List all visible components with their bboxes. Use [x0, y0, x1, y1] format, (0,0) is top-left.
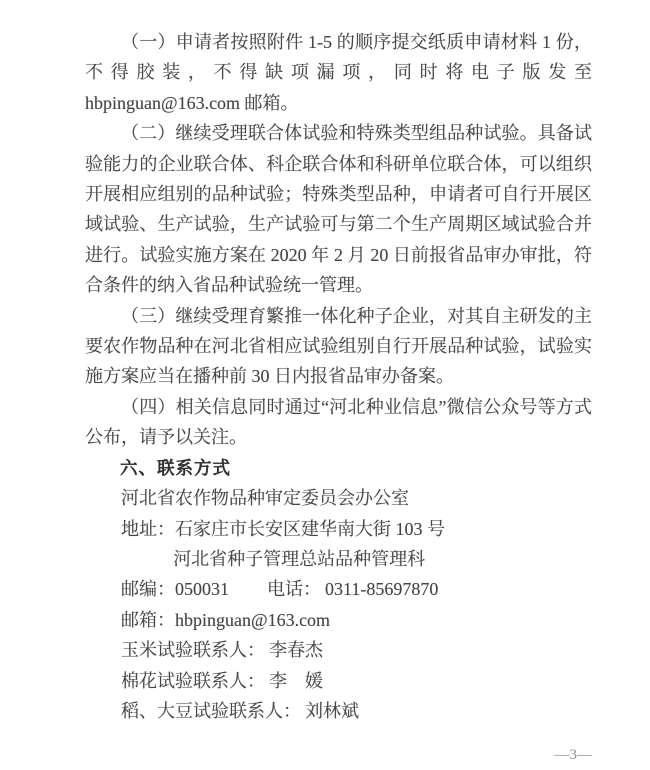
- contact-person-label: 稻、大豆试验联系人：: [121, 701, 301, 721]
- section-heading-contact: 六、联系方式: [85, 453, 592, 483]
- page-number: —3—: [555, 747, 593, 764]
- phone-value: 0311-85697870: [325, 579, 438, 599]
- postal-label: 邮编：: [121, 579, 175, 599]
- contact-address-line: 地址：石家庄市长安区建华南大街 103 号: [85, 514, 592, 544]
- contact-person-name: 李春杰: [269, 640, 323, 660]
- contact-postal-phone-line: 邮编：050031电话：0311-85697870: [85, 574, 592, 604]
- contact-person-rice-soybean: 稻、大豆试验联系人：刘林斌: [85, 696, 592, 726]
- paragraph-item-2: （二）继续受理联合体试验和特殊类型组品种试验。具备试验能力的企业联合体、科企联合…: [85, 118, 592, 300]
- contact-person-name: 李 媛: [269, 671, 323, 691]
- contact-address-line2: 河北省种子管理总站品种管理科: [85, 544, 592, 574]
- document-page: （一）申请者按照附件 1-5 的顺序提交纸质申请材料 1 份，不得胶装，不得缺项…: [0, 0, 650, 770]
- email-label: 邮箱：: [121, 610, 175, 630]
- paragraph-item-1: （一）申请者按照附件 1-5 的顺序提交纸质申请材料 1 份，不得胶装，不得缺项…: [85, 27, 592, 118]
- email-value: hbpinguan@163.com: [175, 610, 330, 630]
- phone-label: 电话：: [267, 579, 321, 599]
- contact-office-line: 河北省农作物品种审定委员会办公室: [85, 483, 592, 513]
- postal-code-value: 050031: [175, 579, 229, 599]
- contact-person-label: 玉米试验联系人：: [121, 640, 265, 660]
- paragraph-item-4: （四）相关信息同时通过“河北种业信息”微信公众号等方式公布，请予以关注。: [85, 392, 592, 453]
- contact-person-name: 刘林斌: [305, 701, 359, 721]
- document-body: （一）申请者按照附件 1-5 的顺序提交纸质申请材料 1 份，不得胶装，不得缺项…: [85, 27, 592, 726]
- address-value: 石家庄市长安区建华南大街 103 号: [175, 519, 445, 539]
- contact-person-corn: 玉米试验联系人：李春杰: [85, 635, 592, 665]
- paragraph-item-3: （三）继续受理育繁推一体化种子企业，对其自主研发的主要农作物品种在河北省相应试验…: [85, 301, 592, 392]
- contact-person-label: 棉花试验联系人：: [121, 671, 265, 691]
- contact-person-cotton: 棉花试验联系人：李 媛: [85, 666, 592, 696]
- contact-email-line: 邮箱：hbpinguan@163.com: [85, 605, 592, 635]
- address-label: 地址：: [121, 519, 175, 539]
